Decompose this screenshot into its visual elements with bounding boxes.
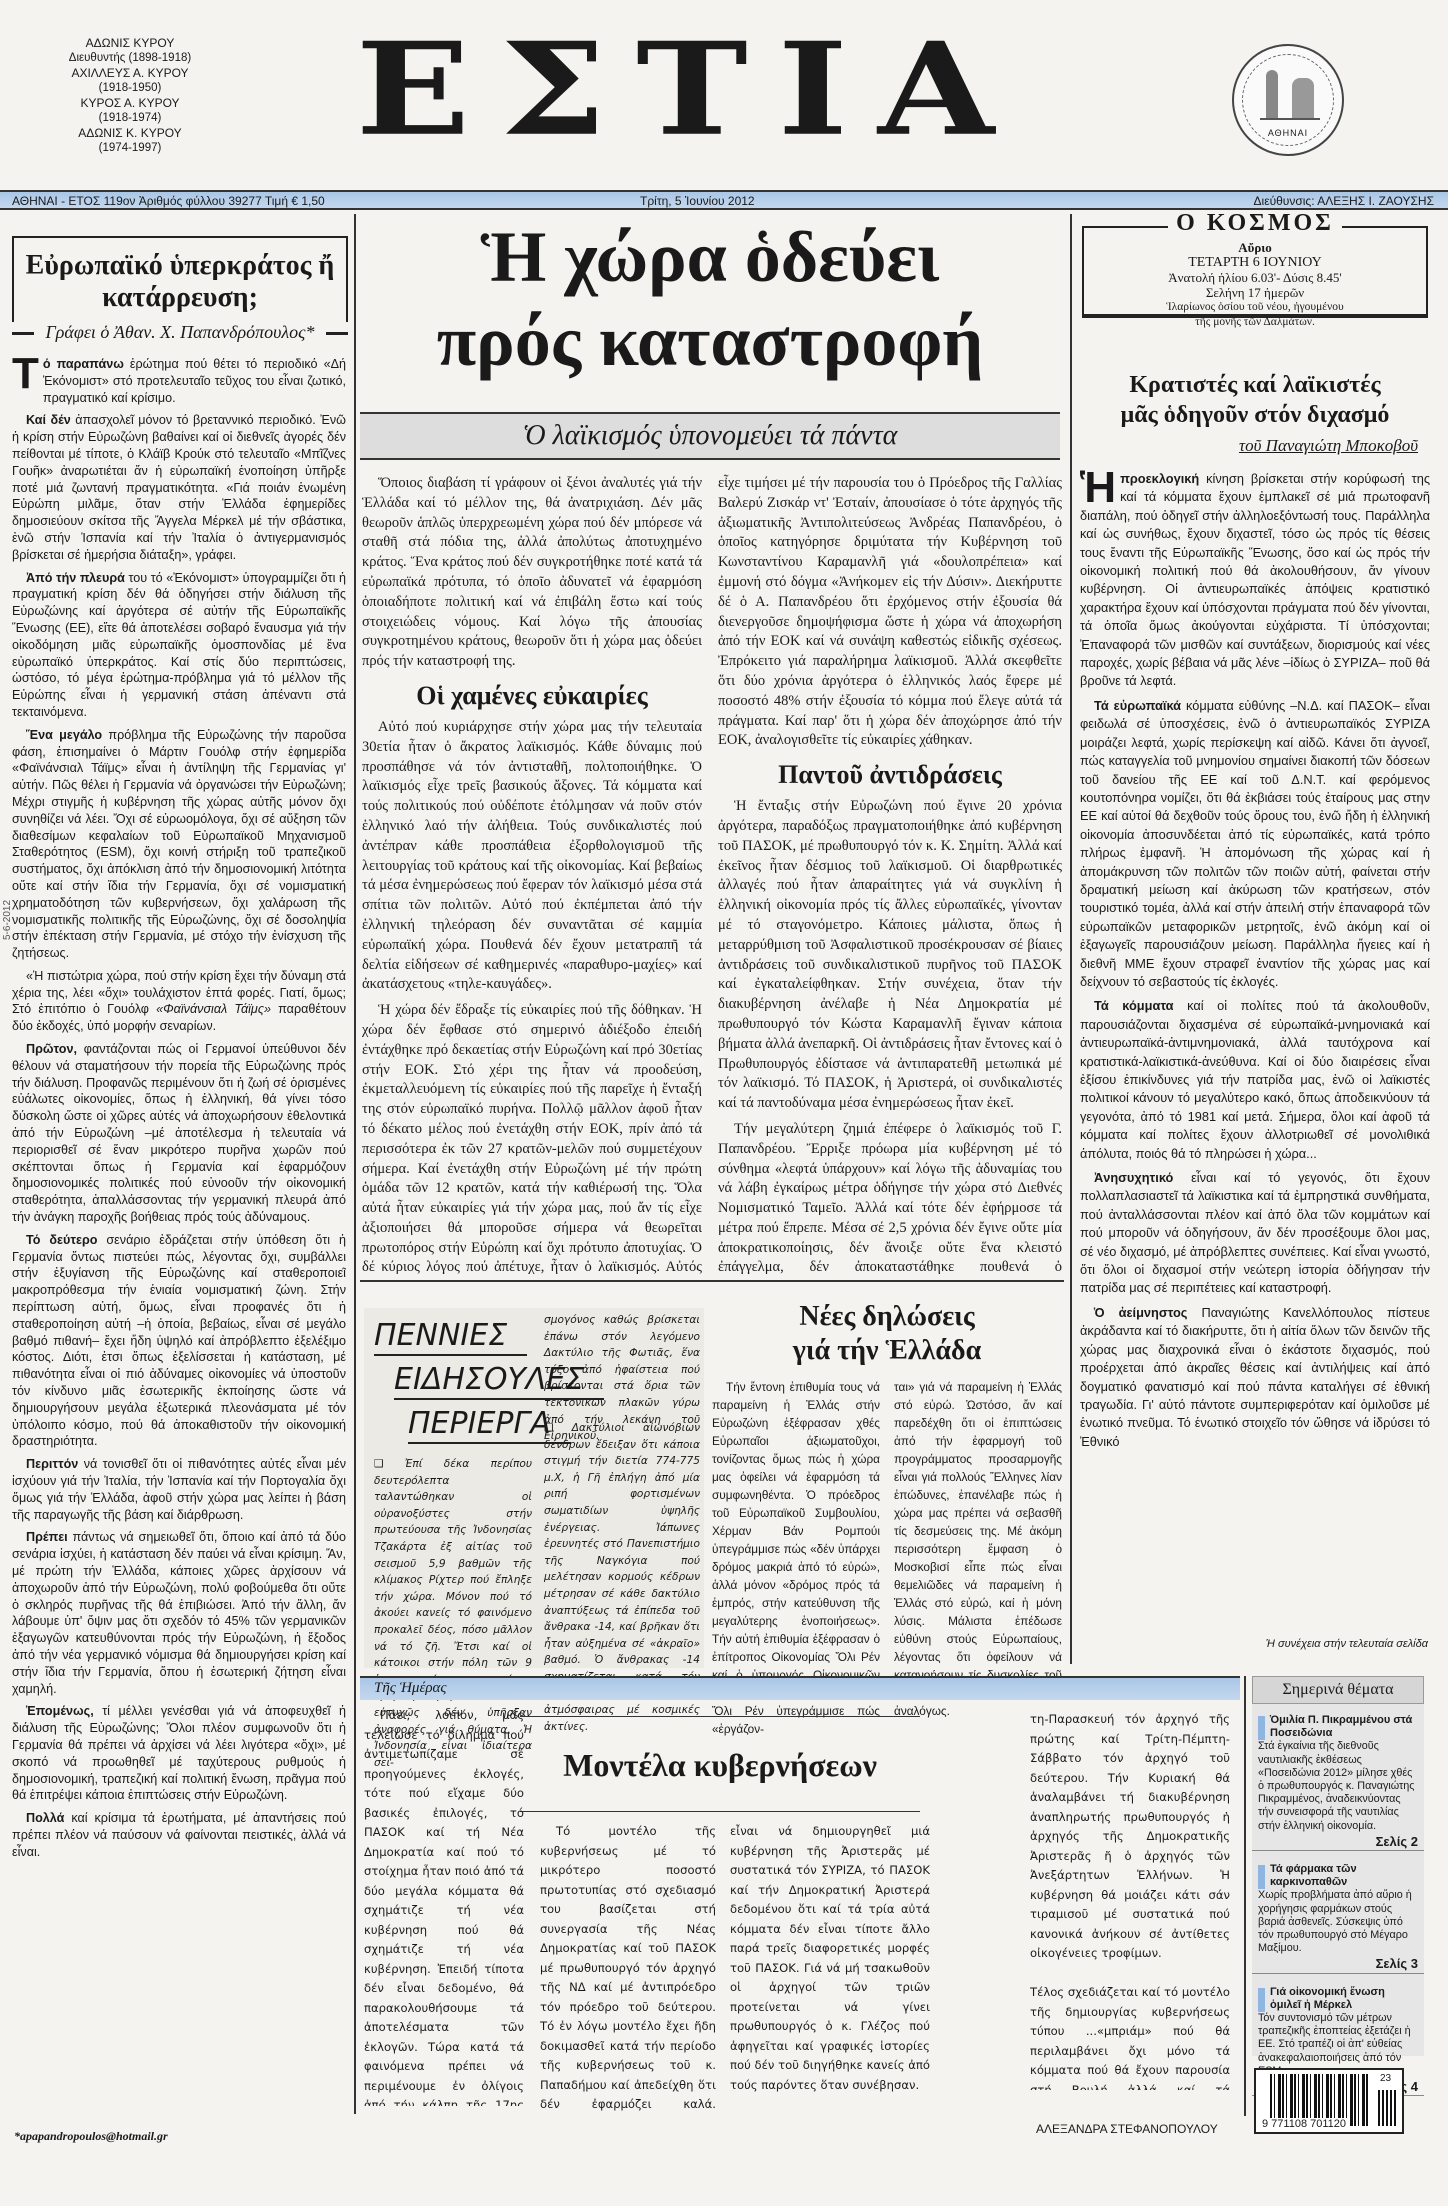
para-lead: Καί δέν xyxy=(26,413,71,427)
todays-topics-box: Σημερινά θέματα Ὁμιλία Π. Πικραμμένου στ… xyxy=(1252,1676,1424,2056)
kosmos-sun: Ἀνατολή ἡλίου 6.03'- Δύσις 8.45' xyxy=(1084,270,1426,285)
right-title-2: μᾶς ὁδηγοῦν στόν διχασμό xyxy=(1078,400,1432,430)
founder-2-years: (1918-1950) xyxy=(60,81,200,96)
dropcap: Τ xyxy=(12,356,39,392)
main-article-col-2: εἶχε τιμήσει μέ τήν παρουσία του ὁ Πρόεδ… xyxy=(718,474,1062,1274)
founder-4-name: ΑΔΩΝΙΣ Κ. ΚΥΡΟΥ xyxy=(60,126,200,141)
barcode-number: 9 771108 701120 xyxy=(1260,2118,1348,2130)
kosmos-date: ΤΕΤΑΡΤΗ 6 ΙΟΥΝΙΟΥ xyxy=(1084,255,1426,270)
para-lead: Ἐπομένως, xyxy=(26,1704,94,1718)
nees-article: Νέες δηλώσεις γιά τήν Ἑλλάδα Τήν ἔντονη … xyxy=(712,1300,1062,1368)
section-heading: Οἱ χαμένες εὐκαιρίες xyxy=(362,680,702,712)
para-lead: προεκλογική xyxy=(1120,471,1199,486)
nees-col-2: ται» γιά νά παραμείνη ἡ Ἑλλάς στό εὐρώ. … xyxy=(894,1378,1062,1720)
para: Ἡ ἔνταξις στήν Εὐρωζώνη πού ἔγινε 20 χρό… xyxy=(718,797,1062,1114)
para-text: κίνηση βρίσκεται στήν κορύφωσή της καί τ… xyxy=(1080,471,1430,688)
founders-list: ΑΔΩΝΙΣ ΚΥΡΟΥ Διευθυντής (1898-1918) ΑΧΙΛ… xyxy=(60,36,200,156)
tis-imeras-title: Μοντέλα κυβερνήσεων xyxy=(520,1716,920,1812)
right-title-1: Κρατιστές καί λαϊκιστές xyxy=(1078,370,1432,400)
coin-label: ΑΘΗΝΑΙ xyxy=(1234,128,1342,138)
para-lead: Πρέπει xyxy=(26,1530,68,1544)
founder-3-years: (1918-1974) xyxy=(60,111,200,126)
right-article-byline: τοῦ Παναγιώτη Μποκοβοῦ xyxy=(1078,436,1418,456)
pennies-title-1: ΠΕΝΝΙΕΣ xyxy=(374,1318,527,1356)
para-lead: Ἀνησυχητικό xyxy=(1094,1170,1173,1185)
right-article-body: Ἡπροεκλογική κίνηση βρίσκεται στήν κορύφ… xyxy=(1080,470,1430,1630)
topic-title: Ὁμιλία Π. Πικραμμένου στά Ποσειδώνια xyxy=(1258,1714,1418,1740)
para-lead: Τά εὐρωπαϊκά xyxy=(1094,698,1181,713)
left-article-title-box: Εὐρωπαϊκό ὑπερκράτος ἤ κατάρρευση; xyxy=(12,236,348,332)
para-text: τί μέλλει γενέσθαι γιά νά ἀποφευχθεῖ ἡ δ… xyxy=(12,1704,346,1802)
para-lead: Τά κόμματα xyxy=(1094,998,1174,1013)
topic-title: Τά φάρμακα τῶν καρκινοπαθῶν xyxy=(1258,1863,1418,1889)
founder-1-years: Διευθυντής (1898-1918) xyxy=(60,51,200,66)
author-email[interactable]: *apapandropoulos@hotmail.gr xyxy=(14,2129,168,2144)
headline-line-1: Ἡ χώρα ὁδεύει xyxy=(360,215,1060,299)
para-lead: Ὁ ἀείμνηστος xyxy=(1094,1305,1187,1320)
para-text: πάντως νά σημειωθεῖ ὅτι, ὅποιο καί ἀπό τ… xyxy=(12,1530,346,1695)
column-divider xyxy=(354,214,356,2114)
founder-2-name: ΑΧΙΛΛΕΥΣ Α. ΚΥΡΟΥ xyxy=(60,66,200,81)
barcode-icon: 9 771108 701120 23 xyxy=(1254,2068,1404,2134)
tis-imeras-label: Τῆς Ἡμέρας xyxy=(360,1676,1240,1700)
newspaper-title: ΕΣΤΙΑ xyxy=(350,30,1030,149)
left-article-byline: Γράφει ὁ Ἀθαν. Χ. Παπανδρόπουλος* xyxy=(12,322,348,343)
tis-imeras-col-3: εἶναι νά δημιουργηθεῖ μιά κυβέρνηση τῆς … xyxy=(730,1822,930,2112)
edition-info: ΑΘΗΝΑΙ - ΕΤΟΣ 119ον Ἀριθμός φύλλου 39277… xyxy=(12,193,325,209)
para-lead: ό παραπάνω xyxy=(43,357,124,371)
topic-text: Χωρίς προβλήματα ἀπό αὔριο ἡ χορήγησις φ… xyxy=(1258,1889,1418,1955)
kosmos-saint-1: Ἱλαρίωνος ὁσίου τοῦ νέου, ἡγουμένου xyxy=(1084,300,1426,315)
para-lead: Τό δεύτερο xyxy=(26,1233,97,1247)
founder-3-name: ΚΥΡΟΣ Α. ΚΥΡΟΥ xyxy=(60,96,200,111)
para-lead: Πρῶτον, xyxy=(26,1042,77,1056)
topic-title: Γιά οἰκονομική ἕνωση ὁμιλεῖ ἡ Μέρκελ xyxy=(1258,1986,1418,2012)
topic-page: Σελίς 3 xyxy=(1258,1957,1418,1970)
headline-line-2: πρός καταστροφή xyxy=(360,299,1060,383)
section-heading: Παντοῦ ἀντιδράσεις xyxy=(718,759,1062,791)
topic-item[interactable]: Τά φάρμακα τῶν καρκινοπαθῶν Χωρίς προβλή… xyxy=(1252,1859,1424,1974)
para-text: Παναγιώτης Κανελλόπουλος πίστευε ἀκράδαν… xyxy=(1080,1305,1430,1449)
side-date: 5-6-2012 xyxy=(2,900,13,940)
tis-imeras-col-1: Πάει, λοιπόν, μᾶς τελείωσε τό δίλημμα πο… xyxy=(364,1706,524,2106)
issue-date: Τρίτη, 5 Ἰουνίου 2012 xyxy=(640,193,755,209)
founder-4-years: (1974-1997) xyxy=(60,141,200,156)
dropcap: Ἡ xyxy=(1080,470,1116,506)
para-text: σενάριο ἐδράζεται στήν ὑπόθεση ὅτι ἡ Γερ… xyxy=(12,1233,346,1449)
kosmos-moon: Σελήνη 17 ἡμερῶν xyxy=(1084,285,1426,300)
topic-page: Σελίς 2 xyxy=(1258,1835,1418,1848)
main-subhead: Ὁ λαϊκισμός ὑπονομεύει τά πάντα xyxy=(360,412,1060,460)
left-article-body: Τό παραπάνω ἐρώτημα πού θέτει τό περιοδι… xyxy=(12,356,346,2126)
para-text: φαντάζονται πώς οἱ Γερμανοί ὑπεύθυνοι δέ… xyxy=(12,1042,346,1224)
para-lead: Περιττόν xyxy=(26,1457,78,1471)
para-lead: Ἀπό τήν πλευρά xyxy=(26,571,125,585)
main-headline: Ἡ χώρα ὁδεύει πρός καταστροφή xyxy=(360,215,1060,383)
para-text: ἀπασχολεῖ μόνον τό βρεταννικό περιοδικό.… xyxy=(12,413,346,561)
para: Ἡ χώρα δέν ἔδραξε τίς εὐκαιρίες πού τῆς … xyxy=(362,1001,702,1274)
para: Τήν μεγαλύτερη ζημιά ἐπέφερε ὁ λαϊκισμός… xyxy=(718,1120,1062,1274)
para-italic: «Φαϊνάνσιαλ Τάϊμς» xyxy=(156,1002,271,1016)
nees-title-2: γιά τήν Ἑλλάδα xyxy=(712,1334,1062,1368)
kosmos-title: Ο ΚΟΣΜΟΣ xyxy=(1082,210,1428,237)
tis-imeras-col-4: τη-Παρασκευή τόν ἀρχηγό τῆς πρώτης καί Τ… xyxy=(1030,1710,1230,2090)
kosmos-saint-2: τῆς μονῆς τῶν Δαλμάτων. xyxy=(1084,315,1426,330)
right-article-title: Κρατιστές καί λαϊκιστές μᾶς ὁδηγοῦν στόν… xyxy=(1078,370,1432,430)
todays-topics-title: Σημερινά θέματα xyxy=(1252,1676,1424,1704)
topic-item[interactable]: Ὁμιλία Π. Πικραμμένου στά Ποσειδώνια Στά… xyxy=(1252,1710,1424,1851)
para: εἶχε τιμήσει μέ τήν παρουσία του ὁ Πρόεδ… xyxy=(718,474,1062,751)
info-bar: ΑΘΗΝΑΙ - ΕΤΟΣ 119ον Ἀριθμός φύλλου 39277… xyxy=(0,190,1448,210)
nees-title-1: Νέες δηλώσεις xyxy=(712,1300,1062,1334)
kosmos-title-text: Ο ΚΟΣΜΟΣ xyxy=(1168,210,1342,236)
left-article-title: Εὐρωπαϊκό ὑπερκράτος ἤ κατάρρευση; xyxy=(14,250,346,314)
para-text: καί οἱ πολίτες πού τά ἀκολουθοῦν, παρουσ… xyxy=(1080,998,1430,1160)
para-text: εἶναι καί τό γεγονός, ὅτι ἔχουν πολλαπλα… xyxy=(1080,1170,1430,1295)
para-lead: Ἕνα μεγάλο xyxy=(26,728,102,742)
coin-logo-icon: ΑΘΗΝΑΙ xyxy=(1232,44,1344,156)
section-rule xyxy=(360,1280,1064,1282)
para: Αὐτό πού κυριάρχησε στήν χώρα μας τήν τε… xyxy=(362,718,702,995)
para: Ὅποιος διαβάση τί γράφουν οἱ ξένοι ἀναλυ… xyxy=(362,474,702,672)
main-article-col-1: Ὅποιος διαβάση τί γράφουν οἱ ξένοι ἀναλυ… xyxy=(362,474,702,1274)
barcode-addon: 23 xyxy=(1380,2073,1391,2084)
para-text: κόμματα εὐθύνης –Ν.Δ. καί ΠΑΣΟΚ– εἶναι φ… xyxy=(1080,698,1430,989)
tis-imeras-col-2: Τό μοντέλο τῆς κυβερνήσεως μέ τό μικρότε… xyxy=(540,1822,716,2112)
founder-1-name: ΑΔΩΝΙΣ ΚΥΡΟΥ xyxy=(60,36,200,51)
tis-imeras-author: ΑΛΕΞΑΝΔΡΑ ΣΤΕΦΑΝΟΠΟΥΛΟΥ xyxy=(1036,2122,1218,2136)
column-divider xyxy=(1244,1676,1246,2116)
director-info: Διεύθυνσις: ΑΛΕΞΗΣ Ι. ΖΑΟΥΣΗΣ xyxy=(1254,193,1434,209)
pennies-box: ΠΕΝΝΙΕΣ ΕΙΔΗΣΟΥΛΕΣ ΠΕΡΙΕΡΓΑ ❑ Ἐπί δέκα π… xyxy=(364,1308,704,1668)
kosmos-box: Αὔριο ΤΕΤΑΡΤΗ 6 ΙΟΥΝΙΟΥ Ἀνατολή ἡλίου 6.… xyxy=(1082,226,1428,318)
para-text: του τό «Ἐκόνομιστ» ὑπογραμμίζει ὅτι ἡ πρ… xyxy=(12,571,346,719)
continued-note: Ἡ συνέχεια στήν τελευταία σελίδα xyxy=(1078,1638,1428,1650)
para-text: πρόβλημα τῆς Εὐρωζώνης τήν παροῦσα φάση,… xyxy=(12,728,346,960)
topic-text: Στά ἐγκαίνια τῆς διεθνοῦς ναυτιλιακῆς ἐκ… xyxy=(1258,1740,1418,1832)
para-lead: Πολλά xyxy=(26,1811,64,1825)
kosmos-tomorrow: Αὔριο xyxy=(1084,240,1426,255)
column-divider xyxy=(1070,214,1072,1664)
